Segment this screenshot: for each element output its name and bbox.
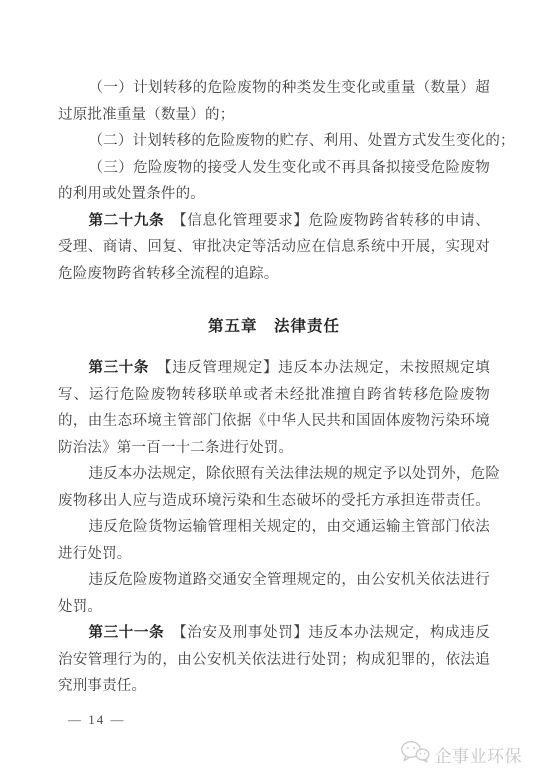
text-line: 第三十一条 【治安及刑事处罚】违反本办法规定，构成违反: [58, 620, 490, 647]
text-line: 进行处罚。: [58, 541, 490, 568]
text-line: （二）计划转移的危险废物的贮存、利用、处置方式发生变化的；: [58, 128, 490, 155]
text-line: 第二十九条 【信息化管理要求】危险废物跨省转移的申请、: [58, 208, 490, 235]
text-line: 究刑事责任。: [58, 673, 490, 700]
watermark: 企事业环保: [400, 740, 523, 769]
text-line: 过原批准重量（数量）的；: [58, 102, 490, 129]
chapter-heading: 第五章 法律责任: [58, 313, 490, 341]
text-line: 废物移出人应与造成环境污染和生态破坏的受托方承担连带责任。: [58, 488, 490, 515]
document-body: （一）计划转移的危险废物的种类发生变化或重量（数量）超过原批准重量（数量）的；（…: [58, 75, 490, 700]
article-number: 第三十一条: [88, 625, 164, 641]
text-line: 第三十条 【违反管理规定】违反本办法规定，未按照规定填: [58, 355, 490, 382]
document-page: （一）计划转移的危险废物的种类发生变化或重量（数量）超过原批准重量（数量）的；（…: [0, 0, 550, 778]
wechat-bubbles-icon: [400, 740, 430, 769]
text-line: （三）危险废物的接受人发生变化或不再具备拟接受危险废物: [58, 155, 490, 182]
page-number: — 14 —: [68, 712, 126, 728]
text-line: 治安管理行为的，由公安机关依法进行处罚；构成犯罪的，依法追: [58, 647, 490, 674]
text-line: 防治法》第一百一十二条进行处罚。: [58, 435, 490, 462]
text-line: 受理、商请、回复、审批决定等活动应在信息系统中开展，实现对: [58, 234, 490, 261]
text-line: （一）计划转移的危险废物的种类发生变化或重量（数量）超: [58, 75, 490, 102]
watermark-label: 企事业环保: [435, 742, 523, 767]
article-number: 第二十九条: [88, 213, 164, 229]
text-line: 危险废物跨省转移全流程的追踪。: [58, 261, 490, 288]
text-line: 违反危险货物运输管理相关规定的，由交通运输主管部门依法: [58, 514, 490, 541]
text-line: 违反本办法规定，除依照有关法律法规的规定予以处罚外，危险: [58, 461, 490, 488]
text-line: 的利用或处置条件的。: [58, 181, 490, 208]
text-line: 违反危险废物道路交通安全管理规定的，由公安机关依法进行: [58, 567, 490, 594]
text-line: 的，由生态环境主管部门依据《中华人民共和国固体废物污染环境: [58, 408, 490, 435]
text-line: 写、运行危险废物转移联单或者未经批准擅自跨省转移危险废物: [58, 382, 490, 409]
article-number: 第三十条: [88, 360, 149, 376]
text-line: 处罚。: [58, 594, 490, 621]
